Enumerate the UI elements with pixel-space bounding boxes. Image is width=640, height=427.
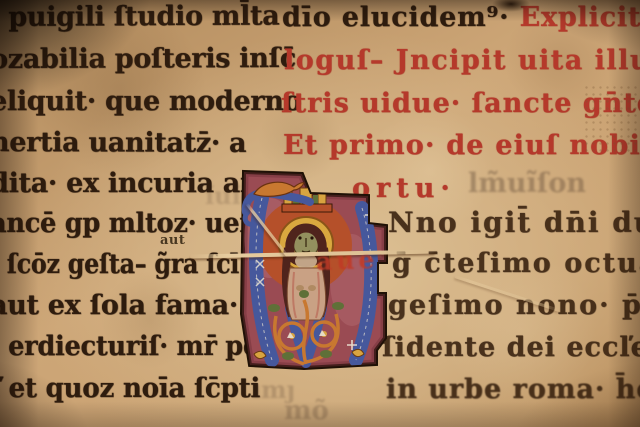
manuscript-photo: lm̃uĩſon ĩuĩou ımȷ mõ · puigili ſtudio m… — [0, 0, 640, 427]
text-line-right-6: Nno igit̄ dn̄i du — [388, 209, 640, 237]
rubric-segment: Explicit p̄ — [520, 2, 640, 33]
text-line-left-9: ī erdiecturiſ· mr̄ pōſ — [0, 333, 270, 360]
text-line-right-2: loguſ– Jncipit uita illu — [284, 47, 640, 74]
text-line-left-10: ľ et quoz noīa ſc̄pti — [0, 375, 260, 402]
text-line-left-5: dita· ex incuria ami — [0, 170, 278, 197]
text-line-left-6: ancē gp mltoz· uerē — [0, 210, 269, 237]
interlinear-gloss: aut — [160, 233, 185, 248]
text-line-right-10: in urbe roma· h̄e — [386, 376, 640, 403]
text-line-left-3: eliquit· que moderno — [0, 88, 301, 115]
text-line-right-8: geſimo nono· p̄ſ — [388, 292, 640, 319]
text-line-right-7: ḡ c̄teſimo octua — [392, 250, 640, 277]
text-line-left-1: · puigili ſtudio ml̄ta — [0, 2, 280, 31]
text-line-left-8: aut ex ſola fama· — [0, 292, 238, 319]
text-line-left-4: nertia uanitatz̄· a — [0, 129, 246, 157]
crown-canopy — [282, 204, 332, 212]
parchment-follicle-grain — [583, 84, 638, 154]
red-offset-smudge: aue — [316, 245, 379, 276]
text-line-right-1: dīo elucidem⁹· Explicit p̄ — [282, 4, 640, 31]
bleedthrough-text: mõ — [284, 398, 329, 424]
text-line-left-2: ozabilia poſteris inſc̄ — [0, 45, 296, 73]
text-line-right-9: ſidente dei eccľe; — [382, 334, 640, 361]
bleedthrough-text: lm̃uĩſon — [468, 170, 586, 197]
black-ink-segment: dīo elucidem⁹· — [282, 2, 520, 33]
text-line-left-7: ī ſcōz geſta– g̃ra ſcī — [0, 251, 239, 278]
